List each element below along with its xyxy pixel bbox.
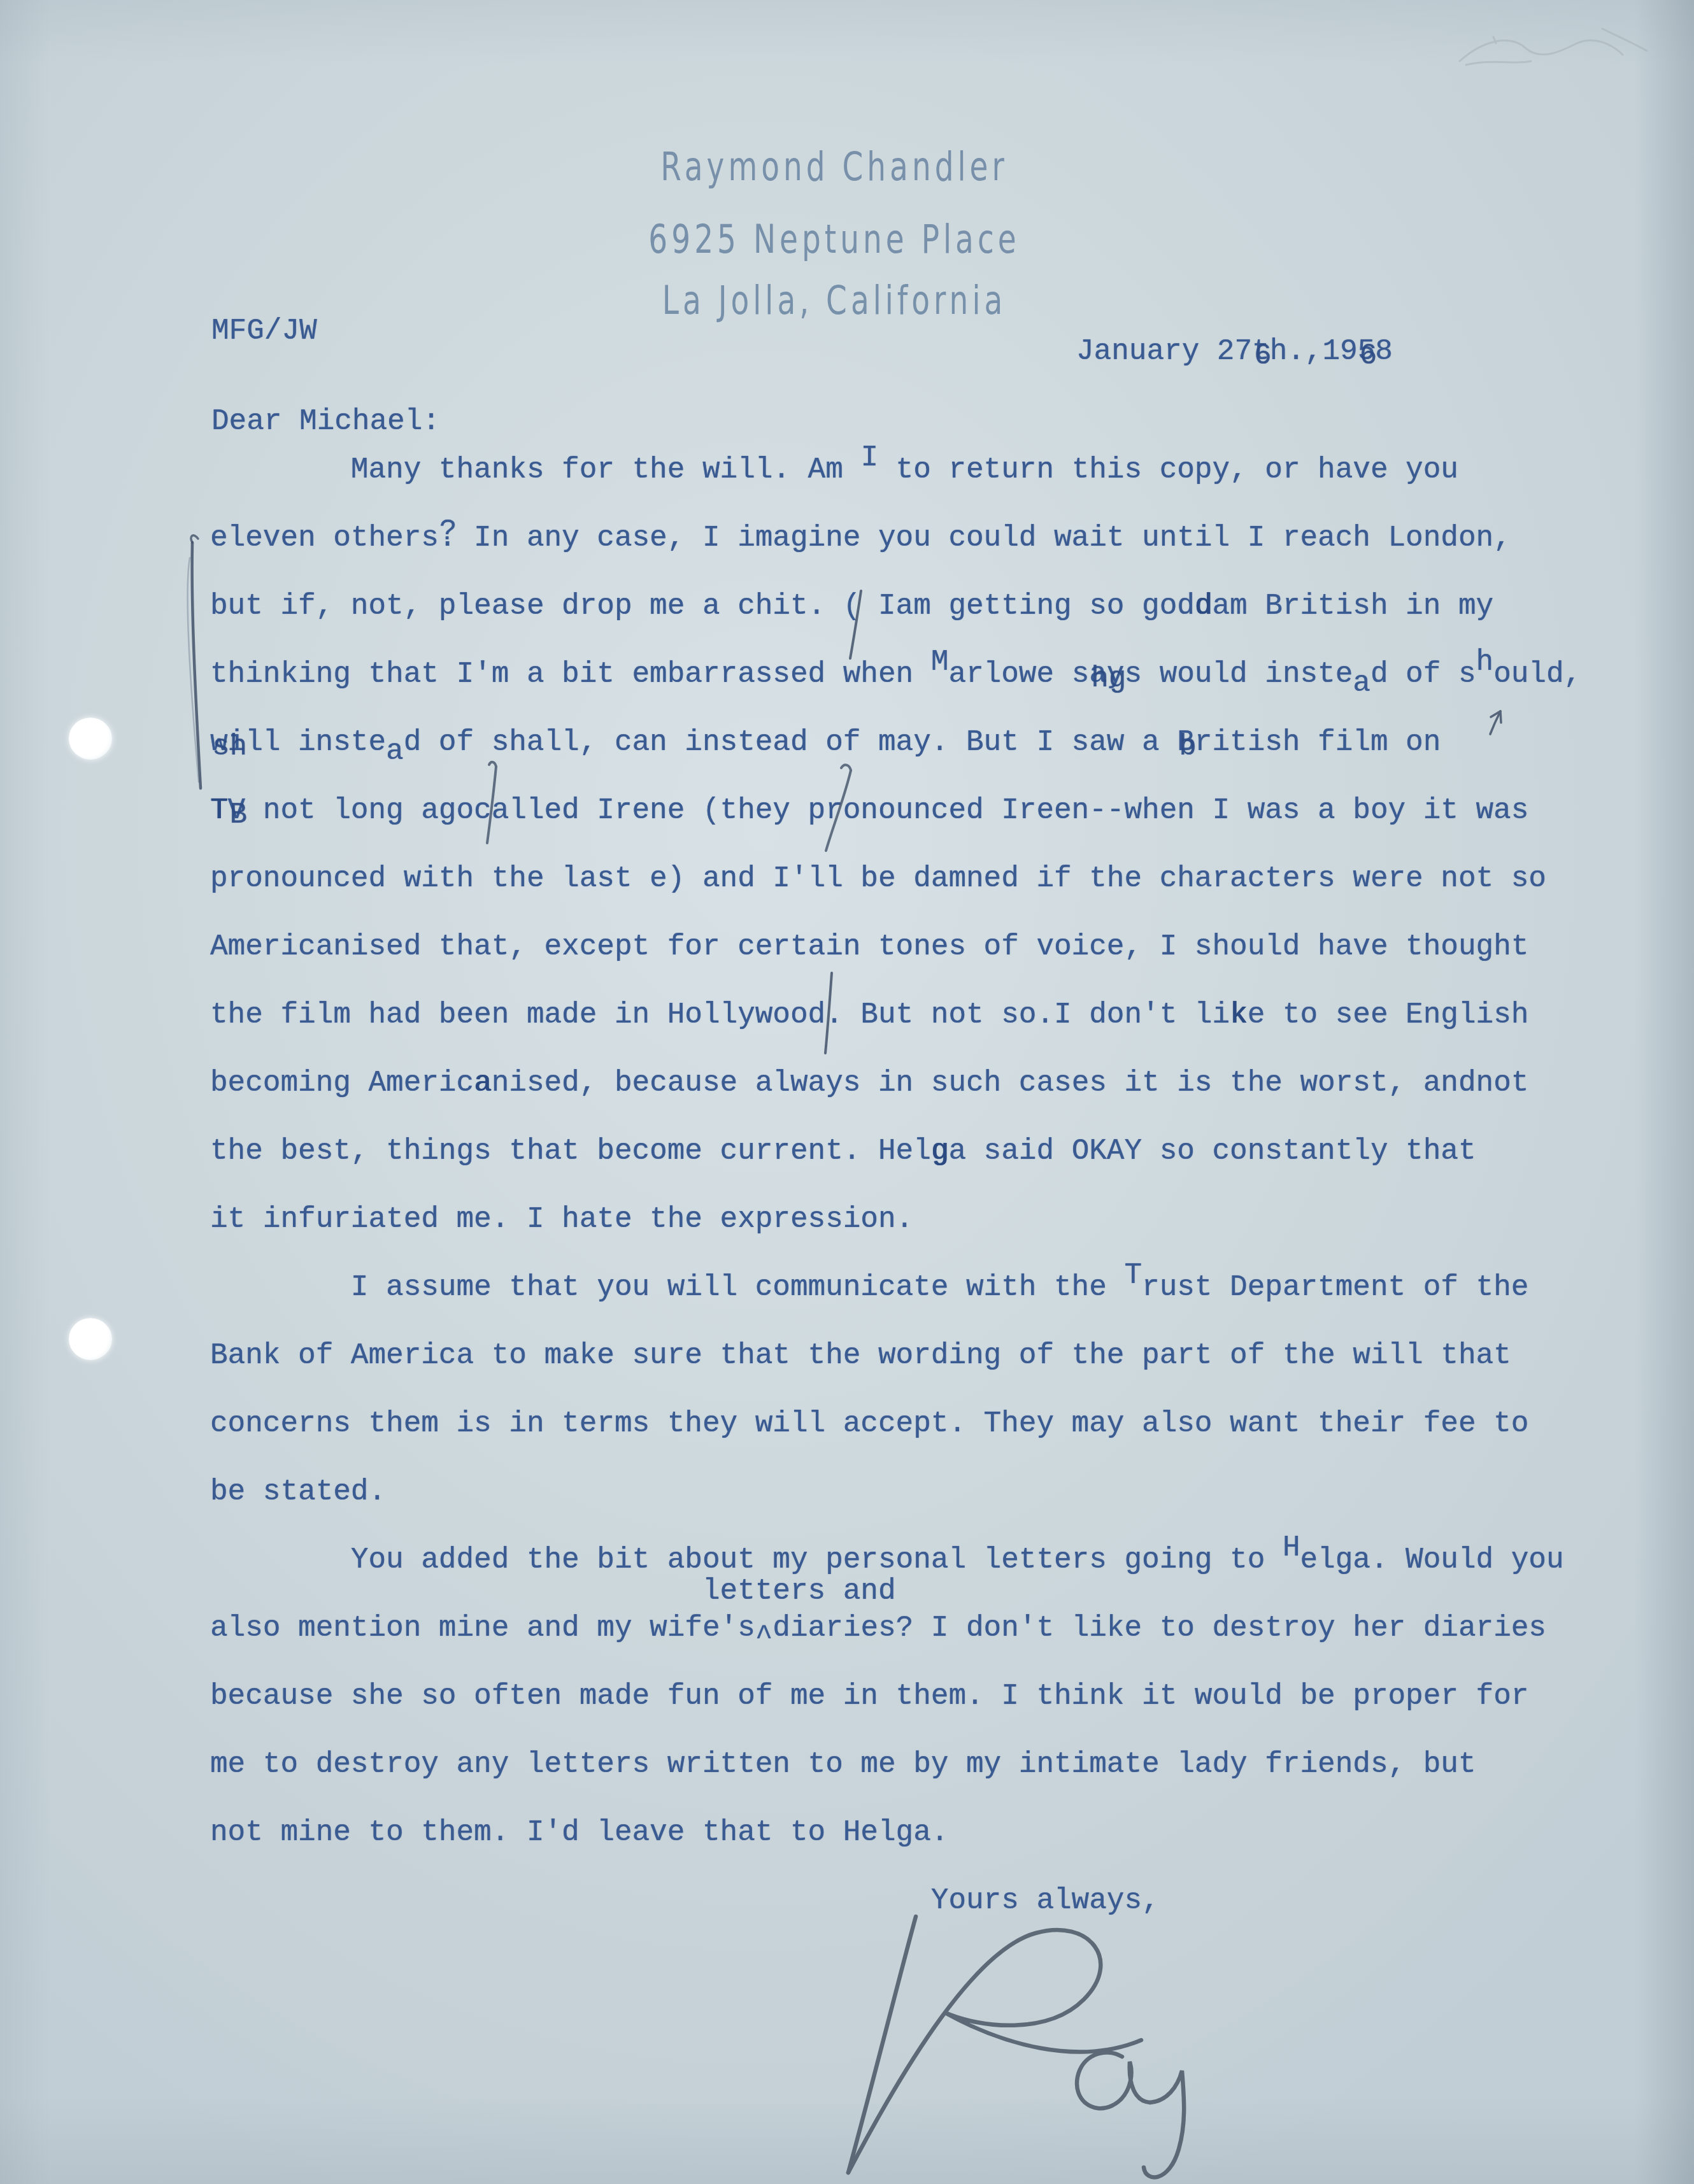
letter-scan: { "document": { "type": "typewritten let… xyxy=(0,0,1694,2184)
tick-before-pronounced-pen-mark xyxy=(826,765,851,851)
caret-under-should-pen-mark xyxy=(1490,711,1501,734)
pencil-scribble xyxy=(1460,29,1647,65)
handwritten-annotations-layer: Ray xyxy=(0,0,1694,2184)
signature-ray: Ray xyxy=(848,1917,1184,2177)
margin-line-pen-mark xyxy=(187,535,201,788)
slash-in-agocalled-pen-mark xyxy=(487,762,496,843)
stroke-after-hollywood-pen-mark xyxy=(825,973,832,1053)
slash-after-chit-pen-mark xyxy=(850,591,861,658)
